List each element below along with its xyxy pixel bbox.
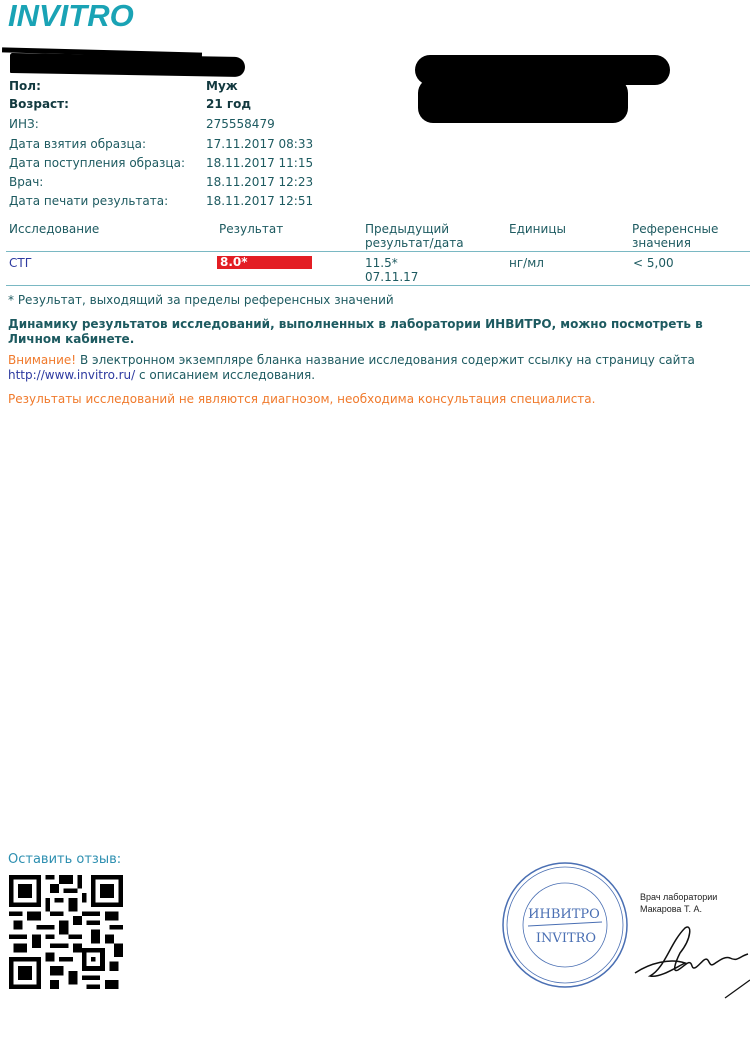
patient-info-value: 18.11.2017 12:51 [206, 194, 313, 208]
column-header-reference-line2: значения [632, 236, 718, 250]
reference-range: < 5,00 [633, 256, 674, 270]
patient-info-value: 275558479 [206, 117, 275, 131]
column-header-units: Единицы [509, 222, 566, 236]
patient-info-label: Дата взятия образца: [9, 137, 146, 151]
table-bottom-divider [6, 285, 750, 286]
previous-value: 11.5* [365, 256, 418, 270]
column-header-result: Результат [219, 222, 283, 236]
feedback-qr-code[interactable] [9, 875, 123, 989]
column-header-previous-line2: результат/дата [365, 236, 464, 250]
previous-result: 11.5* 07.11.17 [365, 256, 418, 284]
patient-info-label: ИНЗ: [9, 117, 39, 131]
patient-info-value: Муж [206, 79, 238, 93]
footnote: * Результат, выходящий за пределы рефере… [8, 293, 394, 307]
redacted-address-2 [418, 78, 628, 123]
lab-stamp: ИНВИТРО INVITRO [500, 860, 630, 990]
column-header-previous-line1: Предыдущий [365, 222, 464, 236]
patient-info-label: Возраст: [9, 97, 69, 111]
units: нг/мл [509, 256, 544, 270]
patient-info-label: Дата поступления образца: [9, 156, 185, 170]
column-header-reference: Референсные значения [632, 222, 718, 250]
attention-text: В электронном экземпляре бланка название… [76, 353, 695, 367]
attention-note: Внимание! В электронном экземпляре бланк… [8, 353, 695, 383]
patient-info-value: 17.11.2017 08:33 [206, 137, 313, 151]
redacted-name [10, 53, 245, 77]
patient-info-value: 18.11.2017 11:15 [206, 156, 313, 170]
patient-info-label: Врач: [9, 175, 43, 189]
previous-date: 07.11.17 [365, 270, 418, 284]
attention-tail: с описанием исследования. [135, 368, 315, 382]
patient-info-value: 21 год [206, 97, 251, 111]
column-header-previous: Предыдущий результат/дата [365, 222, 464, 250]
doctor-signature-block: Врач лаборатории Макарова Т. А. [640, 891, 717, 915]
svg-text:INVITRO: INVITRO [536, 931, 596, 946]
disclaimer: Результаты исследований не являются диаг… [8, 392, 595, 406]
invitro-site-link[interactable]: http://www.invitro.ru/ [8, 368, 135, 382]
invitro-logo: INVITRO [8, 0, 134, 34]
patient-info-value: 18.11.2017 12:23 [206, 175, 313, 189]
test-name-link[interactable]: СТГ [9, 256, 32, 270]
signature-icon [630, 918, 750, 1008]
dynamics-note: Динамику результатов исследований, выпол… [8, 317, 703, 347]
patient-info-label: Пол: [9, 79, 41, 93]
feedback-label: Оставить отзыв: [8, 852, 121, 867]
doctor-title: Врач лаборатории [640, 891, 717, 903]
patient-info-label: Дата печати результата: [9, 194, 168, 208]
table-header-divider [6, 251, 750, 252]
doctor-name: Макарова Т. А. [640, 903, 717, 915]
column-header-reference-line1: Референсные [632, 222, 718, 236]
result-value: 8.0* [220, 255, 248, 269]
svg-text:ИНВИТРО: ИНВИТРО [528, 907, 600, 922]
dynamics-line1: Динамику результатов исследований, выпол… [8, 317, 703, 332]
column-header-test: Исследование [9, 222, 99, 236]
attention-label: Внимание! [8, 353, 76, 367]
dynamics-line2: Личном кабинете. [8, 332, 703, 347]
